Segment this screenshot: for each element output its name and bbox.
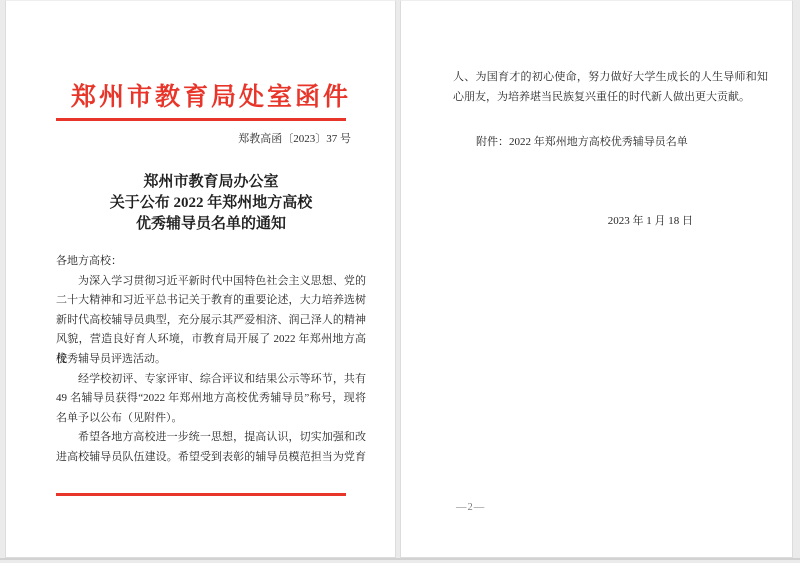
body-line: 49 名辅导员获得“2022 年郑州地方高校优秀辅导员”称号，现将 xyxy=(56,389,366,409)
attachment-line: 附件：2022 年郑州地方高校优秀辅导员名单 xyxy=(453,133,768,153)
red-separator-line-bottom xyxy=(56,493,346,496)
page-number: —2— xyxy=(456,502,485,513)
doc-number: 郑教高函〔2023〕37 号 xyxy=(56,130,351,146)
body-text: 各地方高校： 为深入学习贯彻习近平新时代中国特色社会主义思想、党的 二十大精神和… xyxy=(56,252,366,468)
notice-title: 郑州市教育局办公室 关于公布 2022 年郑州地方高校 优秀辅导员名单的通知 xyxy=(56,172,366,235)
red-separator-line-top xyxy=(56,118,346,121)
page-2: 人、为国育才的初心使命，努力做好大学生成长的人生导师和知 心朋友，为培养堪当民族… xyxy=(400,0,793,558)
document-scan: 郑州市教育局处室函件 郑教高函〔2023〕37 号 郑州市教育局办公室 关于公布… xyxy=(0,0,800,563)
letterhead-title: 郑州市教育局处室函件 xyxy=(56,77,366,113)
notice-title-line-1: 郑州市教育局办公室 xyxy=(56,172,366,193)
body-line: 进高校辅导员队伍建设。希望受到表彰的辅导员模范担当为党育 xyxy=(56,448,366,468)
body-line: 风貌，营造良好育人环境，市教育局开展了 2022 年郑州地方高校 xyxy=(56,330,366,350)
notice-title-line-2: 关于公布 2022 年郑州地方高校 xyxy=(56,193,366,214)
body-line: 希望各地方高校进一步统一思想，提高认识，切实加强和改 xyxy=(56,428,366,448)
body-line: 为深入学习贯彻习近平新时代中国特色社会主义思想、党的 xyxy=(56,272,366,292)
body-text-continued: 人、为国育才的初心使命，努力做好大学生成长的人生导师和知 心朋友，为培养堪当民族… xyxy=(453,68,768,107)
body-line: 名单予以公布（见附件）。 xyxy=(56,409,366,429)
body-line: 新时代高校辅导员典型，充分展示其严爱相济、润己泽人的精神 xyxy=(56,311,366,331)
page-bottom-edge xyxy=(0,558,800,560)
page-1: 郑州市教育局处室函件 郑教高函〔2023〕37 号 郑州市教育局办公室 关于公布… xyxy=(5,0,396,558)
body-line: 心朋友，为培养堪当民族复兴重任的时代新人做出更大贡献。 xyxy=(453,88,768,108)
body-line: 经学校初评、专家评审、综合评议和结果公示等环节，共有 xyxy=(56,370,366,390)
notice-title-line-3: 优秀辅导员名单的通知 xyxy=(56,214,366,235)
body-line: 人、为国育才的初心使命，努力做好大学生成长的人生导师和知 xyxy=(453,68,768,88)
date-line: 2023 年 1 月 18 日 xyxy=(453,212,768,228)
salutation-line: 各地方高校： xyxy=(56,252,366,272)
body-line: 二十大精神和习近平总书记关于教育的重要论述，大力培养选树 xyxy=(56,291,366,311)
body-line: 优秀辅导员评选活动。 xyxy=(56,350,366,370)
